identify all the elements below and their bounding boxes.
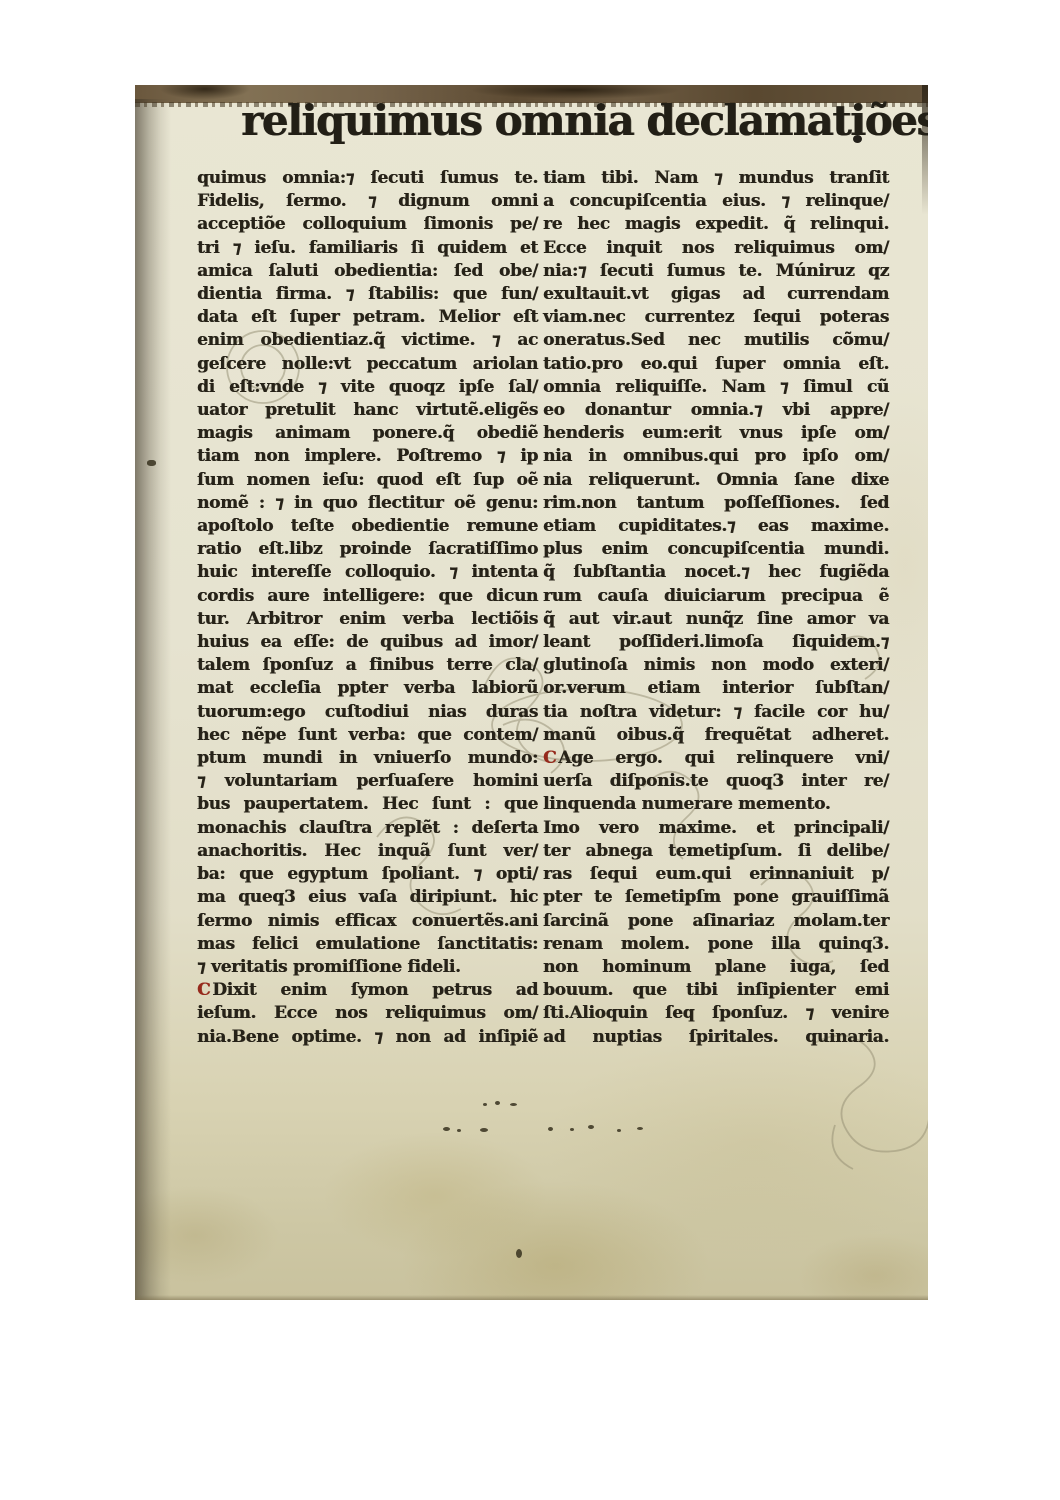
text-line: nia in omnibus.qui pro ipſo om/ xyxy=(543,445,889,468)
text-line: ſti.Alioquin ſeq ſponſuz. ⁊ venire xyxy=(543,1002,889,1025)
text-line: monachis clauſtra replẽt : deſerta xyxy=(197,817,538,840)
text-line: ma queq3 eius vaſa diripiunt. hic xyxy=(197,886,538,909)
text-line: non hominum plane iuga, ſed xyxy=(543,956,889,979)
text-line: omnia reliquiſſe. Nam ⁊ ſimul cũ xyxy=(543,376,889,399)
text-line: or.verum etiam interior ſubſtan/ xyxy=(543,677,889,700)
rubric-capitulum: C xyxy=(543,748,558,768)
text-line: talem ſponſuz a finibus terre cla/ xyxy=(197,654,538,677)
page-bottom-edge-shadow xyxy=(135,1295,928,1300)
text-line: ſermo nimis efficax conuertẽs.ani xyxy=(197,910,538,933)
text-line: tri ⁊ ieſu. familiaris ſi quidem et xyxy=(197,237,538,260)
scanned-page-photo: reliquimus omnia declamatiões. quimus om… xyxy=(135,85,928,1300)
text-line: cordis aure intelligere: que dicun xyxy=(197,585,538,608)
text-line: di eſt:vnde ⁊ vite quoqz ipſe ſal/ xyxy=(197,376,538,399)
text-line: amica ſaluti obedientia: ſed obe/ xyxy=(197,260,538,283)
text-line: magis animam ponere.q̃ obediẽ xyxy=(197,422,538,445)
text-line: hec nẽpe ſunt verba: que contem/ xyxy=(197,724,538,747)
text-column-right: tiam tibi. Nam ⁊ mundus tranſita concupi… xyxy=(543,167,889,1049)
text-line: nia reliquerunt. Omnia ſane dixe xyxy=(543,469,889,492)
text-line: ter abnega temetipſum. ſi delibe/ xyxy=(543,840,889,863)
text-block: quimus omnia:⁊ ſecuti ſumus te.Fidelis, … xyxy=(197,167,889,1049)
text-line: bouum. que tibi inſipienter emi xyxy=(543,979,889,1002)
text-line: uerſa diſponis.te quoq3 inter re/ xyxy=(543,770,889,793)
text-line: ſum nomen ieſu: quod eſt ſup oẽ xyxy=(197,469,538,492)
text-line: tatio.pro eo.qui ſuper omnia eſt. xyxy=(543,353,889,376)
text-line: apoſtolo teſte obedientie remune xyxy=(197,515,538,538)
text-line: tia noſtra videtur: ⁊ facile cor hu/ xyxy=(543,701,889,724)
rubric-capitulum: C xyxy=(197,980,212,1000)
text-column-left: quimus omnia:⁊ ſecuti ſumus te.Fidelis, … xyxy=(197,167,538,1049)
text-line: rum cauſa diuiciarum precipua ẽ xyxy=(543,585,889,608)
text-line: CAge ergo. qui relinquere vni/ xyxy=(543,747,889,770)
text-line: q̃ aut vir.aut nunq̃z ſine amor va xyxy=(543,608,889,631)
text-line: Fidelis, ſermo. ⁊ dignum omni xyxy=(197,190,538,213)
text-line: ba: que egyptum ſpoliant. ⁊ opti/ xyxy=(197,863,538,886)
text-line: rim.non tantum poſſeſſiones. ſed xyxy=(543,492,889,515)
text-line: re hec magis expedit. q̃ relinqui. xyxy=(543,213,889,236)
text-line: anachoritis. Hec inquã ſunt ver/ xyxy=(197,840,538,863)
text-line: ſarcinã pone aſinariaz molam.ter xyxy=(543,910,889,933)
text-line: ieſum. Ecce nos reliquimus om/ xyxy=(197,1002,538,1025)
text-line: a concupiſcentia eius. ⁊ relinque/ xyxy=(543,190,889,213)
text-line: bus paupertatem. Hec ſunt : que xyxy=(197,793,538,816)
text-line: ⁊ veritatis promiſſione fideli. xyxy=(197,956,538,979)
text-line: uator pretulit hanc virtutẽ.eligẽs xyxy=(197,399,538,422)
text-line: pter te ſemetipſm pone grauiſſimã xyxy=(543,886,889,909)
text-line: ⁊ voluntariam perſuaſere homini xyxy=(197,770,538,793)
text-line: ad nuptias ſpiritales. quinaria. xyxy=(543,1026,889,1049)
ink-speck xyxy=(510,1103,517,1106)
text-line: renam molem. pone illa quinq3. xyxy=(543,933,889,956)
text-line: tuorum:ego cuſtodiui nias duras xyxy=(197,701,538,724)
text-line: plus enim concupiſcentia mundi. xyxy=(543,538,889,561)
text-line: CDixit enim ſymon petrus ad xyxy=(197,979,538,1002)
text-line: oneratus.Sed nec mutilis cõmu/ xyxy=(543,329,889,352)
margin-mark xyxy=(147,460,156,466)
text-line: ratio eſt.libz proinde ſacratiſſimo xyxy=(197,538,538,561)
text-line: geſcere nolle:vt peccatum ariolan xyxy=(197,353,538,376)
text-line: tiam tibi. Nam ⁊ mundus tranſit xyxy=(543,167,889,190)
ink-speck xyxy=(588,1125,594,1129)
margin-bullet xyxy=(853,135,862,143)
text-line: ptum mundi in vniuerſo mundo: xyxy=(197,747,538,770)
text-line: huius ea eſſe: de quibus ad imor/ xyxy=(197,631,538,654)
text-line: ras ſequi eum.qui erinnaniuit p/ xyxy=(543,863,889,886)
text-line: q̃ ſubſtantia nocet.⁊ hec fugiẽda xyxy=(543,561,889,584)
text-line: viam.nec currentez ſequi poteras xyxy=(543,306,889,329)
running-title: reliquimus omnia declamatiões. xyxy=(241,97,921,145)
ink-speck xyxy=(483,1103,487,1106)
ink-speck xyxy=(617,1129,621,1132)
ink-dot xyxy=(516,1249,522,1258)
text-line: manũ oibus.q̃ frequẽtat adheret. xyxy=(543,724,889,747)
text-line: acceptiõe colloquium ſimonis pe/ xyxy=(197,213,538,236)
text-line: glutinoſa nimis non modo exteri/ xyxy=(543,654,889,677)
text-line: nomẽ : ⁊ in quo flectitur oẽ genu: xyxy=(197,492,538,515)
ink-speck xyxy=(637,1127,643,1130)
text-line: leant poſſideri.limoſa ſiquidem.⁊ xyxy=(543,631,889,654)
gutter-shadow xyxy=(135,99,171,1300)
ink-speck xyxy=(495,1101,500,1105)
text-line: Imo vero maxime. et principali/ xyxy=(543,817,889,840)
text-line: Ecce inquit nos reliquimus om/ xyxy=(543,237,889,260)
ink-speck xyxy=(548,1127,553,1131)
text-line: mas felici emulatione ſanctitatis: xyxy=(197,933,538,956)
text-line: tur. Arbitror enim verba lectiõis xyxy=(197,608,538,631)
text-line: quimus omnia:⁊ ſecuti ſumus te. xyxy=(197,167,538,190)
ink-speck xyxy=(570,1128,574,1131)
ink-speck xyxy=(443,1127,450,1131)
text-line: eo donantur omnia.⁊ vbi appre/ xyxy=(543,399,889,422)
text-line: nia:⁊ ſecuti ſumus te. Múniruz qz xyxy=(543,260,889,283)
text-line: tiam non implere. Poſtremo ⁊ ip xyxy=(197,445,538,468)
text-line: etiam cupiditates.⁊ eas maxime. xyxy=(543,515,889,538)
text-line: henderis eum:erit vnus ipſe om/ xyxy=(543,422,889,445)
text-line: enim obedientiaz.q̃ victime. ⁊ ac xyxy=(197,329,538,352)
text-line: exultauit.vt gigas ad currendam xyxy=(543,283,889,306)
ink-speck xyxy=(480,1128,488,1132)
text-line: data eſt ſuper petram. Melior eſt xyxy=(197,306,538,329)
ink-speck xyxy=(457,1129,461,1132)
text-line: huic intereſſe colloquio. ⁊ intenta xyxy=(197,561,538,584)
text-line: nia.Bene optime. ⁊ non ad inſipiẽ xyxy=(197,1026,538,1049)
text-line: mat eccleſia ppter verba labiorũ xyxy=(197,677,538,700)
text-line: linquenda numerare memento. xyxy=(543,793,889,816)
text-line: dientia firma. ⁊ ſtabilis: que fun/ xyxy=(197,283,538,306)
